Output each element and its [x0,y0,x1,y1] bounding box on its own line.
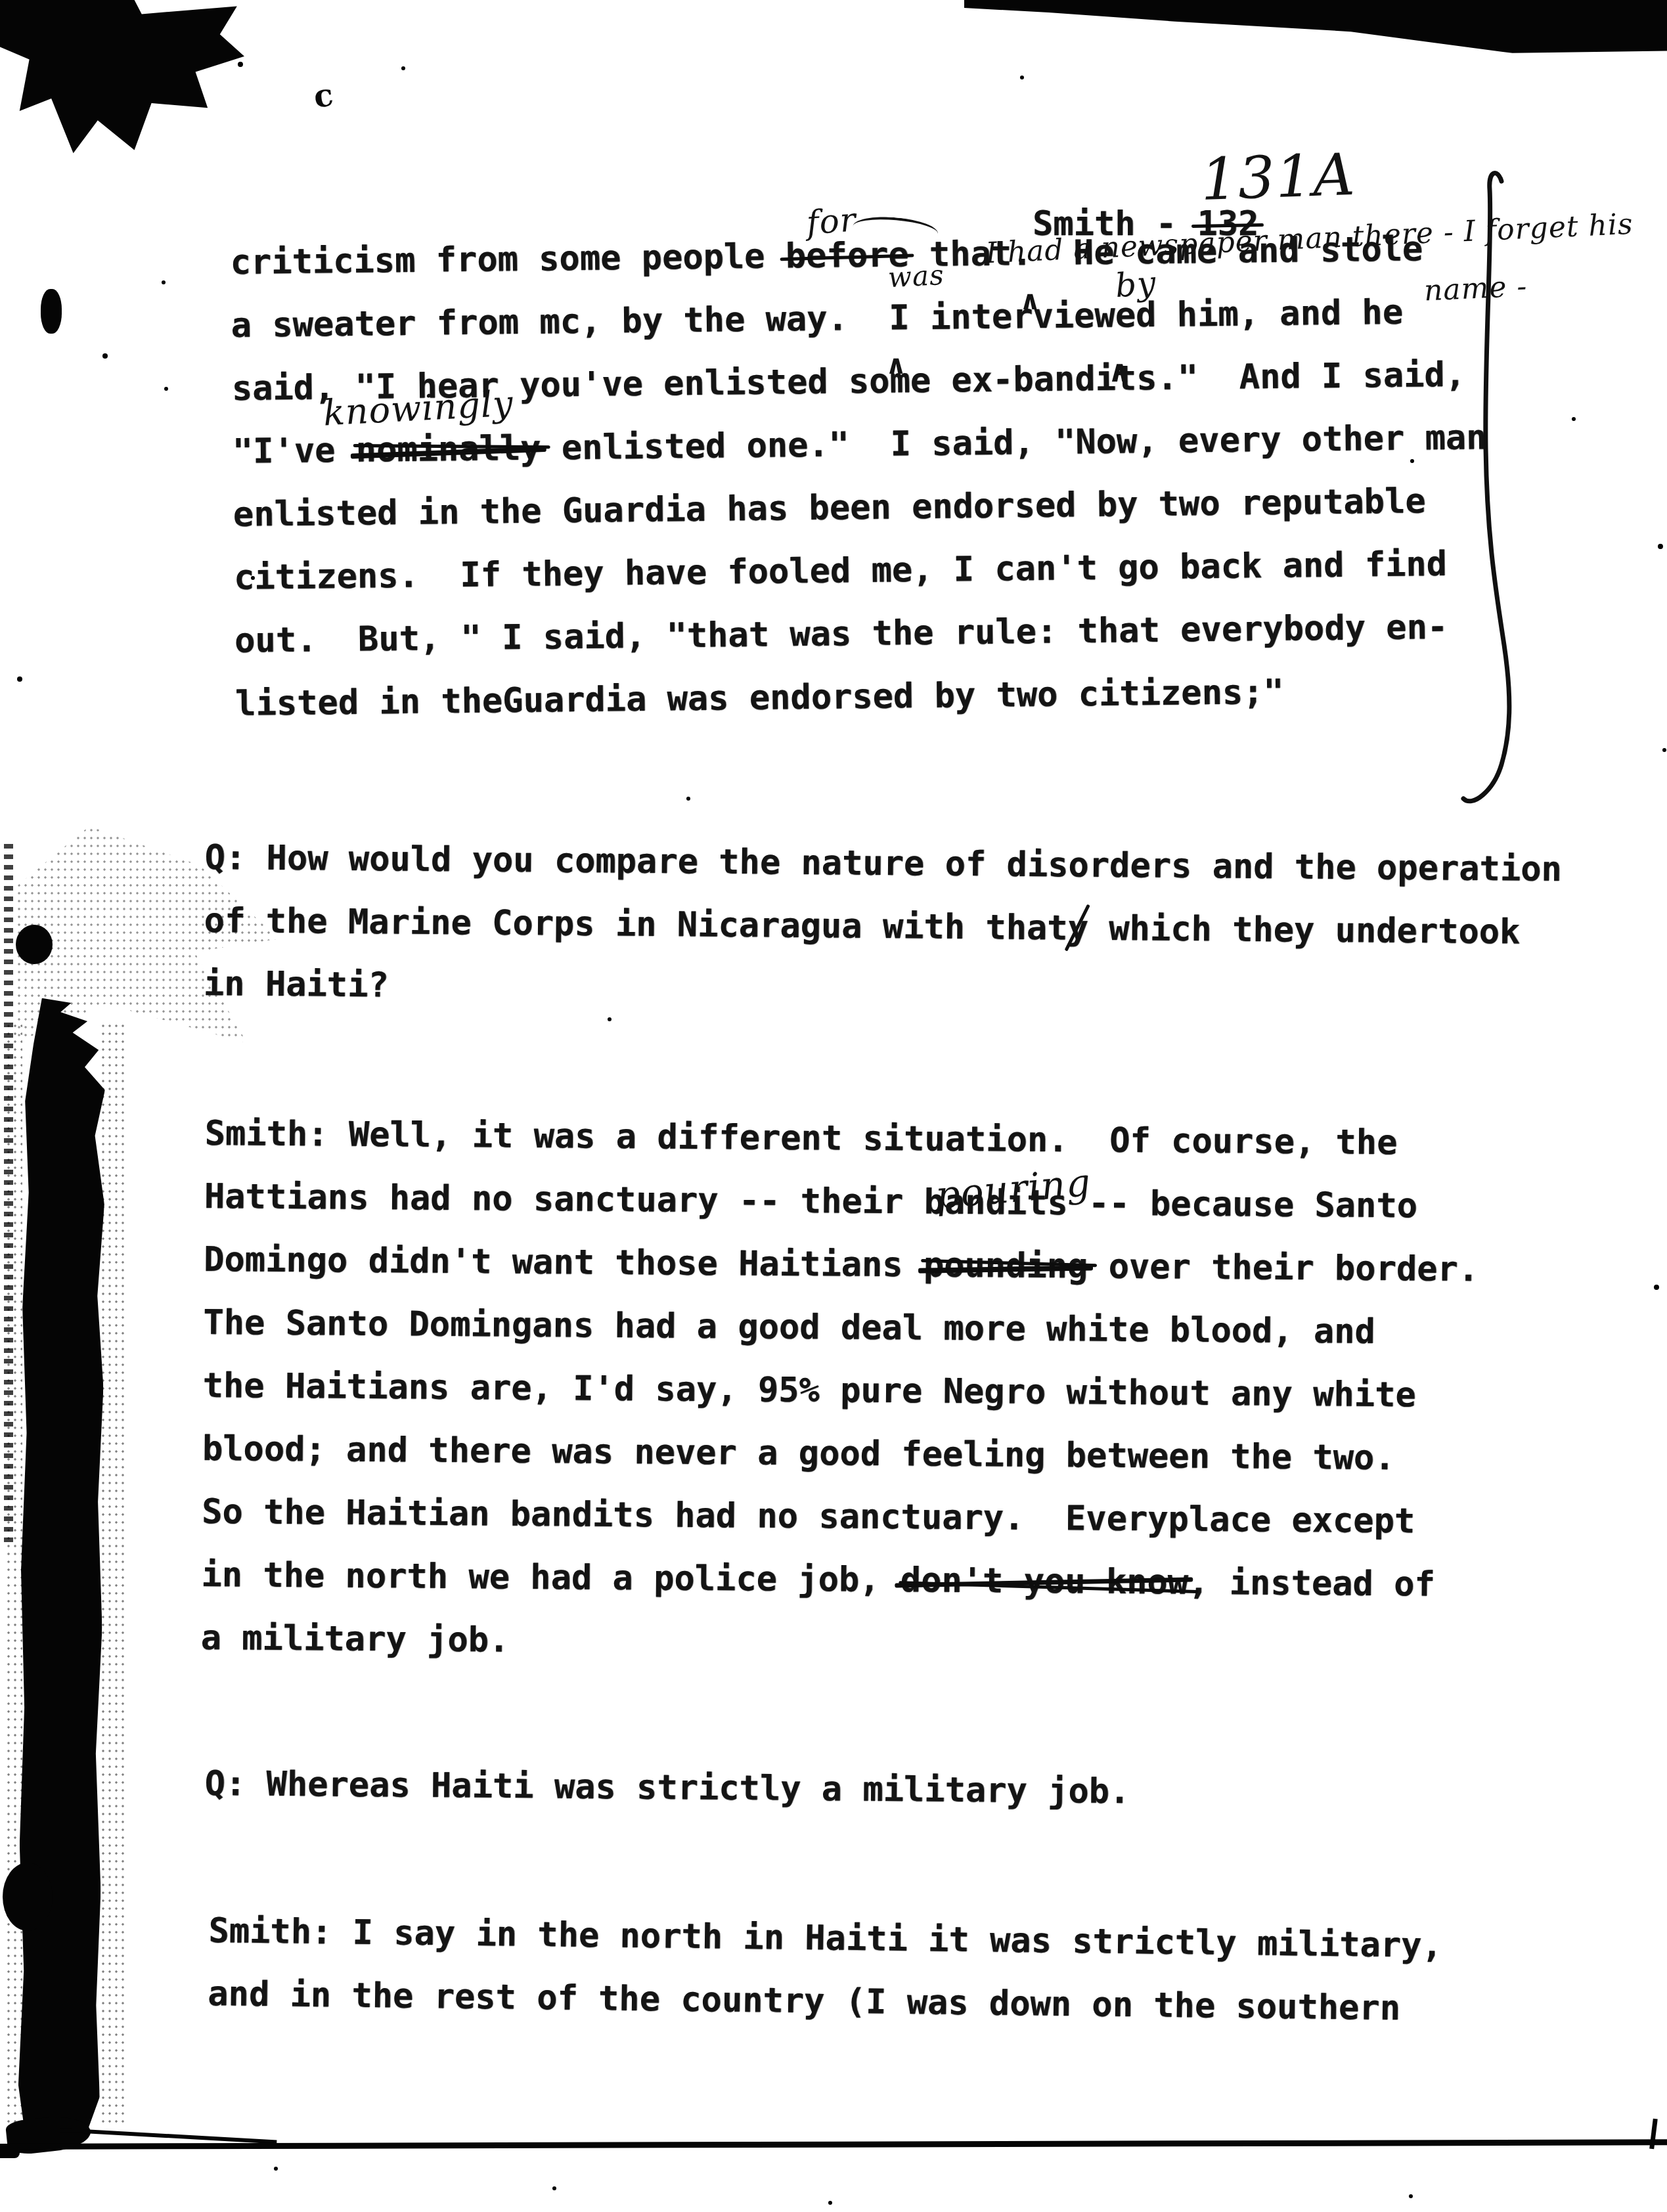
typed-text: in Haiti? [204,964,389,1005]
typed-line: Hattians had no sanctuary -- their bandi… [204,1165,1479,1238]
paragraph-answer-continued: criticism from some people before that. … [230,217,1490,736]
typed-text: enlisted one." I said, "Now, every other… [541,418,1487,468]
typed-text: a sweater from mc, by the way. I intervi… [231,293,1403,345]
typed-text: and in the rest of the country (I was do… [208,1974,1400,2028]
typed-text: enlisted in the Guardia has been endorse… [233,481,1426,535]
typed-text: "I've [232,431,356,472]
scan-binding-streak [18,998,105,2143]
scan-smudge-top-right [964,0,1667,56]
typed-line: Q: How would you compare the nature of d… [204,826,1562,901]
scan-speckles [0,0,3,3]
typed-text: said, "I hear you've enlisted some ex-ba… [231,355,1465,409]
scan-blotch-top-left [0,0,244,156]
struck-word: before [785,235,909,276]
scan-mark-left-margin [41,289,62,334]
paragraph-question-1: Q: How would you compare the nature of d… [203,826,1562,1027]
streak-halo-left [5,1022,22,2125]
scan-blob [16,925,53,964]
typed-text: Q: How would you compare the nature of d… [204,838,1562,889]
typed-line: in Haiti? [203,952,1561,1027]
struck-word: pounding [923,1246,1088,1287]
paragraph-answer-smith-2: Smith: I say in the north in Haiti it wa… [208,1899,1443,2041]
typed-line: a military job. [200,1606,1476,1679]
typed-line: The Santo Domingans had a good deal more… [203,1291,1478,1364]
paragraph-answer-smith-1: Smith: Well, it was a different situatio… [200,1102,1480,1679]
typed-line: of the Marine Corps in Nicaragua with th… [204,889,1561,964]
paragraph-question-2: Q: Whereas Haiti was strictly a military… [204,1752,1130,1823]
stray-c-mark: c [311,76,336,116]
struck-phrase: don't you know [900,1560,1189,1602]
typed-text: blood; and there was never a good feelin… [202,1429,1395,1478]
streak-halo-right [100,1022,126,2125]
typed-text: Q: Whereas Haiti was strictly a military… [204,1764,1130,1811]
typed-text: Hattians had no sanctuary -- their bandi… [204,1177,1418,1226]
typed-text: over their border. [1088,1247,1478,1290]
slashed-letter: y [1067,908,1088,948]
typed-text: that. He came and stole [908,229,1423,275]
typed-text: out. But, " I said, "that was the rule: … [234,608,1448,661]
typed-text: citizens. If they have fooled me, I can'… [234,544,1448,598]
typed-line: blood; and there was never a good feelin… [202,1417,1477,1490]
bottom-line-nub [0,2146,20,2158]
struck-word: nominally [355,429,541,470]
scanned-transcript-page: c 131A Smith - 132 I had a newspaper man… [0,0,1667,2212]
typed-text: So the Haitian bandits had no sanctuary.… [202,1492,1415,1541]
typed-text: Smith: I say in the north in Haiti it wa… [208,1911,1442,1966]
typed-line: in the north we had a police job, don't … [201,1543,1477,1616]
typed-line: listed in theGuardia was endorsed by two… [235,658,1490,736]
typed-text: , instead of [1188,1563,1435,1604]
typed-text: The Santo Domingans had a good deal more… [203,1303,1375,1352]
streak-side-blob [3,1863,53,1931]
streak-bottom-tail [60,2128,277,2144]
typed-text: Domingo didn't want those Haitians [204,1240,923,1285]
typed-line: So the Haitian bandits had no sanctuary.… [202,1480,1477,1553]
typed-text: which they undertook [1088,909,1521,952]
typed-text: listed in theGuardia was endorsed by two… [235,673,1284,724]
typed-text: the Haitians are, I'd say, 95% pure Negr… [202,1366,1416,1415]
typed-text: of the Marine Corps in Nicaragua with th… [204,901,1067,948]
typed-text: a military job. [200,1618,509,1660]
typed-text: criticism from some people [230,236,786,282]
typed-line: Smith: Well, it was a different situatio… [204,1102,1480,1175]
typed-text: in the north we had a police job, [201,1555,900,1600]
typed-line: Domingo didn't want those Haitians pound… [204,1228,1479,1301]
typed-line: Q: Whereas Haiti was strictly a military… [204,1752,1130,1823]
typed-text: Smith: Well, it was a different situatio… [204,1114,1397,1162]
typed-line: the Haitians are, I'd say, 95% pure Negr… [202,1354,1478,1427]
